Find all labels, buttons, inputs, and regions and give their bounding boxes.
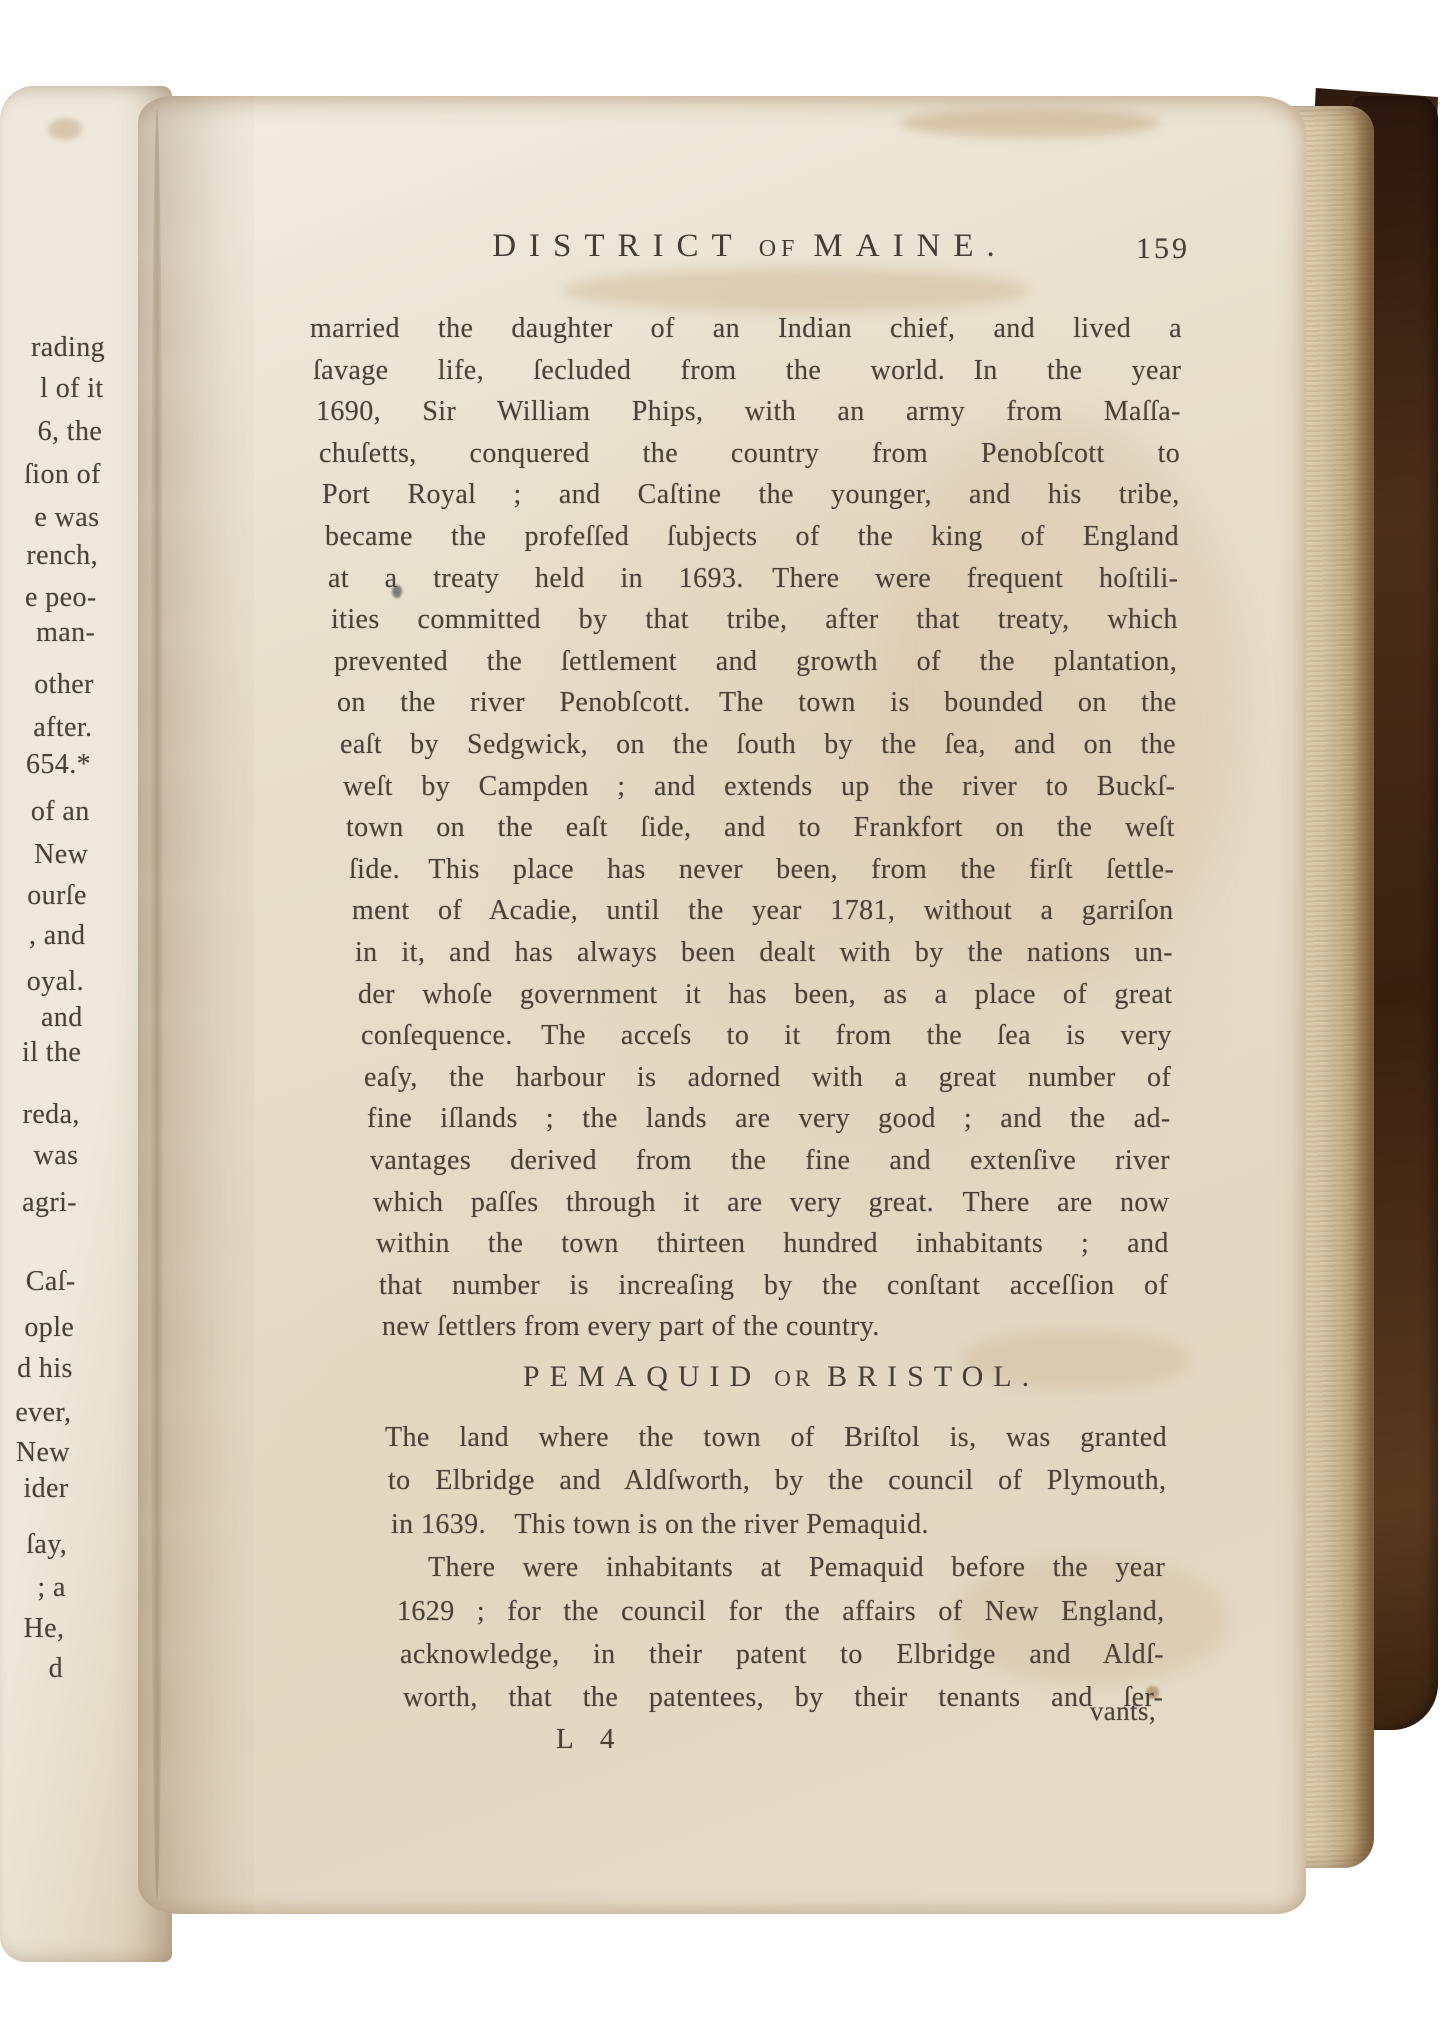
section-heading-word: PEMAQUID bbox=[523, 1360, 761, 1393]
header-title-word: DISTRICT bbox=[492, 228, 745, 264]
right-page bbox=[138, 96, 1306, 1914]
catchword: vants, bbox=[310, 1694, 1156, 1728]
section-heading: PEMAQUID OR BRISTOL. bbox=[395, 1360, 1167, 1394]
header-title-word: OF bbox=[759, 236, 800, 262]
book-photo: radingl of it6, theſion ofe wasrench,e p… bbox=[0, 0, 1445, 2023]
gutter-crease bbox=[150, 110, 164, 1900]
signature-mark: L 4 bbox=[556, 1722, 624, 1756]
section-heading-word: BRISTOL. bbox=[827, 1360, 1039, 1393]
header-title-word: MAINE. bbox=[813, 228, 1007, 264]
page-number: 159 bbox=[1136, 232, 1190, 266]
section-heading-word: OR bbox=[774, 1366, 814, 1391]
running-header: DISTRICT OF MAINE. 159 bbox=[310, 228, 1190, 265]
